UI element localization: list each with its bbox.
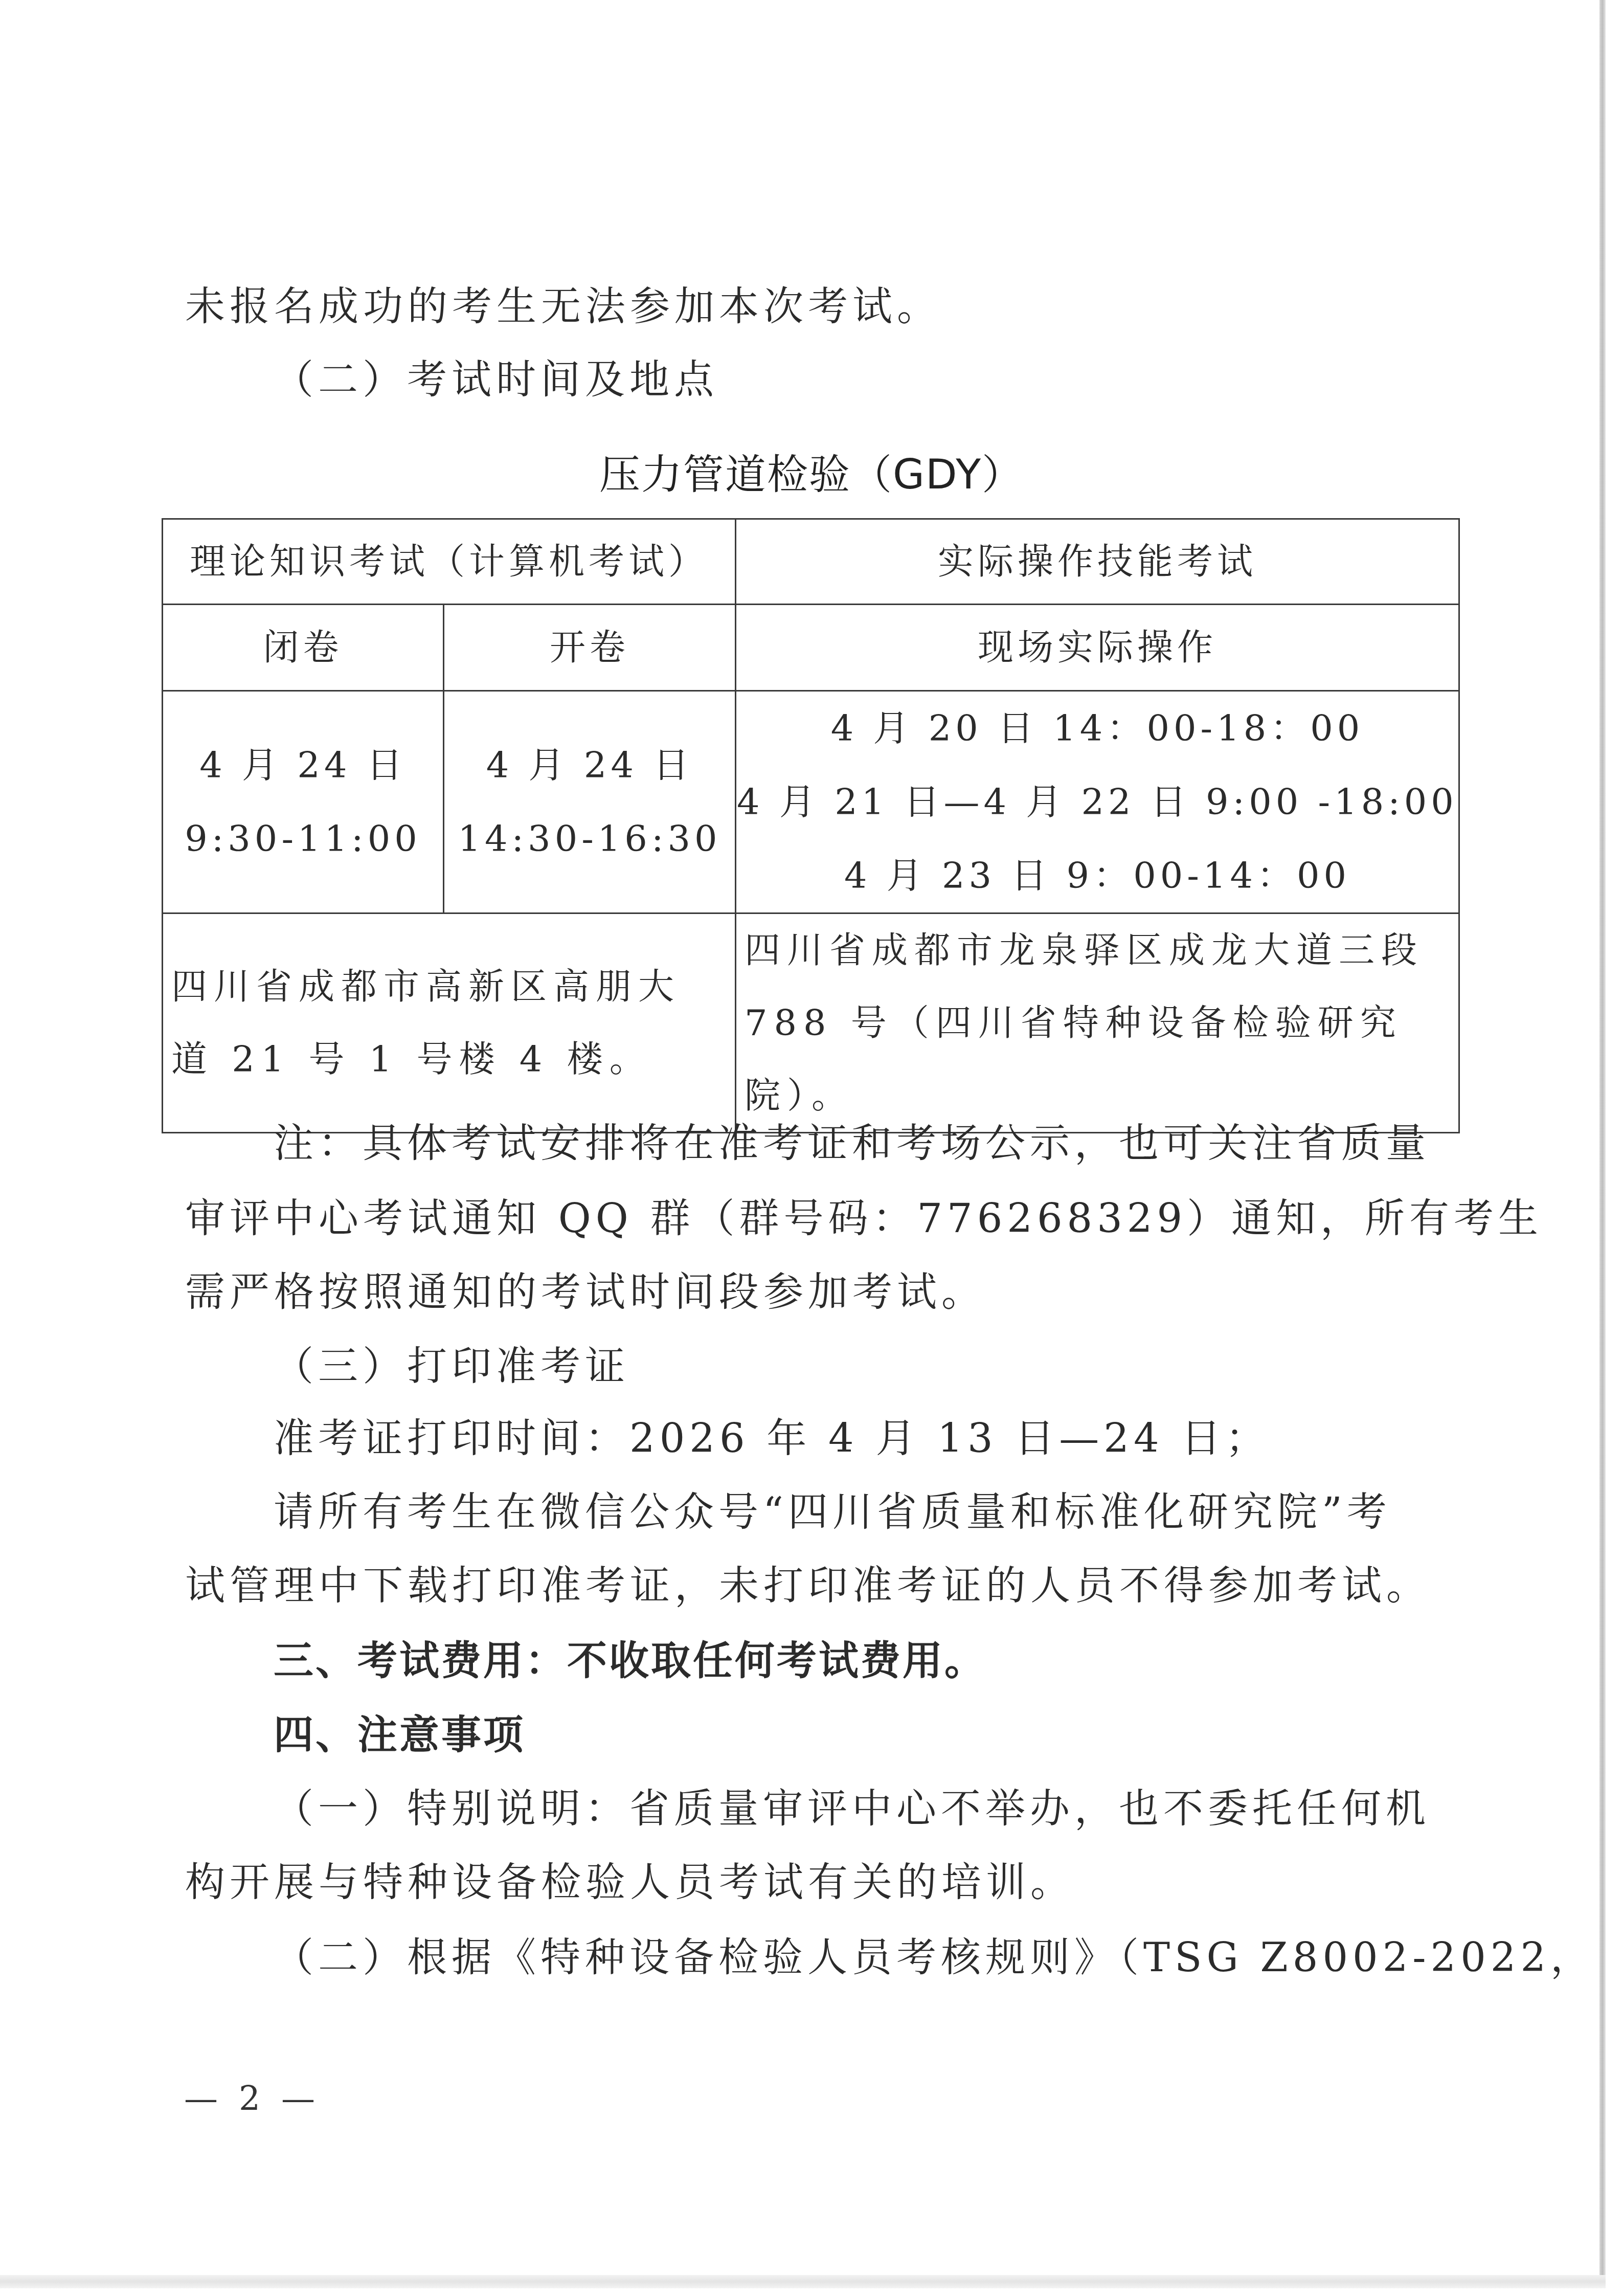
header-practical-exam: 实际操作技能考试 — [736, 519, 1459, 605]
closed-book-hours: 9:30-11:00 — [163, 802, 443, 876]
exam-schedule-table: 理论知识考试（计算机考试） 实际操作技能考试 闭卷 开卷 现场实际操作 4 月 … — [162, 518, 1460, 1133]
admission-print-time: 准考证打印时间：2026 年 4 月 13 日—24 日； — [274, 1413, 1270, 1464]
practical-location-line-2: 788 号（四川省特种设备检验研究院）。 — [745, 987, 1458, 1132]
theory-location-line-1: 四川省成都市高新区高朋大 — [171, 950, 735, 1023]
cell-closed-book-time: 4 月 24 日 9:30-11:00 — [163, 691, 444, 913]
open-book-date: 4 月 24 日 — [444, 728, 735, 802]
admission-instructions-line-2: 试管理中下载打印准考证，未打印准考证的人员不得参加考试。 — [185, 1561, 1431, 1612]
table-times-row: 4 月 24 日 9:30-11:00 4 月 24 日 14:30-16:30… — [163, 691, 1459, 913]
onsite-time-line-1: 4 月 20 日 14：00-18：00 — [736, 692, 1458, 765]
section-heading-precautions: 四、注意事项 — [274, 1710, 525, 1761]
cell-onsite-time: 4 月 20 日 14：00-18：00 4 月 21 日—4 月 22 日 9… — [736, 691, 1459, 913]
open-book-hours: 14:30-16:30 — [444, 802, 735, 876]
section-heading-exam-fees: 三、考试费用：不收取任何考试费用。 — [274, 1636, 986, 1687]
table-subheader-row: 闭卷 开卷 现场实际操作 — [163, 605, 1459, 691]
note-line-1: 注：具体考试安排将在准考证和考场公示，也可关注省质量 — [274, 1118, 1430, 1169]
theory-location-line-2: 道 21 号 1 号楼 4 楼。 — [171, 1023, 735, 1096]
special-note-line-1: （一）特别说明：省质量审评中心不举办，也不委托任何机 — [274, 1784, 1430, 1835]
header-theory-exam: 理论知识考试（计算机考试） — [163, 519, 736, 605]
note-line-2: 审评中心考试通知 QQ 群（群号码：776268329）通知，所有考生 — [185, 1193, 1543, 1244]
page-number: — 2 — — [184, 2076, 320, 2122]
section-heading-exam-time-place: （二）考试时间及地点 — [274, 354, 718, 406]
subheader-onsite-operation: 现场实际操作 — [736, 605, 1459, 691]
table-location-row: 四川省成都市高新区高朋大 道 21 号 1 号楼 4 楼。 四川省成都市龙泉驿区… — [163, 913, 1459, 1133]
cell-open-book-time: 4 月 24 日 14:30-16:30 — [444, 691, 736, 913]
table-title: 压力管道检验（GDY） — [0, 449, 1623, 500]
cell-practical-location: 四川省成都市龙泉驿区成龙大道三段 788 号（四川省特种设备检验研究院）。 — [736, 913, 1459, 1133]
practical-location-line-1: 四川省成都市龙泉驿区成龙大道三段 — [745, 914, 1458, 987]
note-line-3: 需严格按照通知的考试时间段参加考试。 — [185, 1267, 986, 1318]
cell-theory-location: 四川省成都市高新区高朋大 道 21 号 1 号楼 4 楼。 — [163, 913, 736, 1133]
regulation-reference-line: （二）根据《特种设备检验人员考核规则》（TSG Z8002-2022， — [274, 1932, 1595, 1983]
onsite-time-line-3: 4 月 23 日 9：00-14：00 — [736, 839, 1458, 912]
subheader-open-book: 开卷 — [444, 605, 736, 691]
scan-edge-right — [1599, 0, 1606, 2281]
subheader-closed-book: 闭卷 — [163, 605, 444, 691]
special-note-line-2: 构开展与特种设备检验人员考试有关的培训。 — [185, 1857, 1075, 1908]
closed-book-date: 4 月 24 日 — [163, 728, 443, 802]
table-header-row: 理论知识考试（计算机考试） 实际操作技能考试 — [163, 519, 1459, 605]
onsite-time-line-2: 4 月 21 日—4 月 22 日 9:00 -18:00 — [736, 765, 1458, 839]
admission-instructions-line-1: 请所有考生在微信公众号“四川省质量和标准化研究院”考 — [274, 1487, 1391, 1538]
scan-edge-bottom — [0, 2275, 1606, 2288]
paragraph-line-unregistered-notice: 未报名成功的考生无法参加本次考试。 — [185, 281, 941, 332]
section-heading-print-admission: （三）打印准考证 — [274, 1341, 629, 1392]
